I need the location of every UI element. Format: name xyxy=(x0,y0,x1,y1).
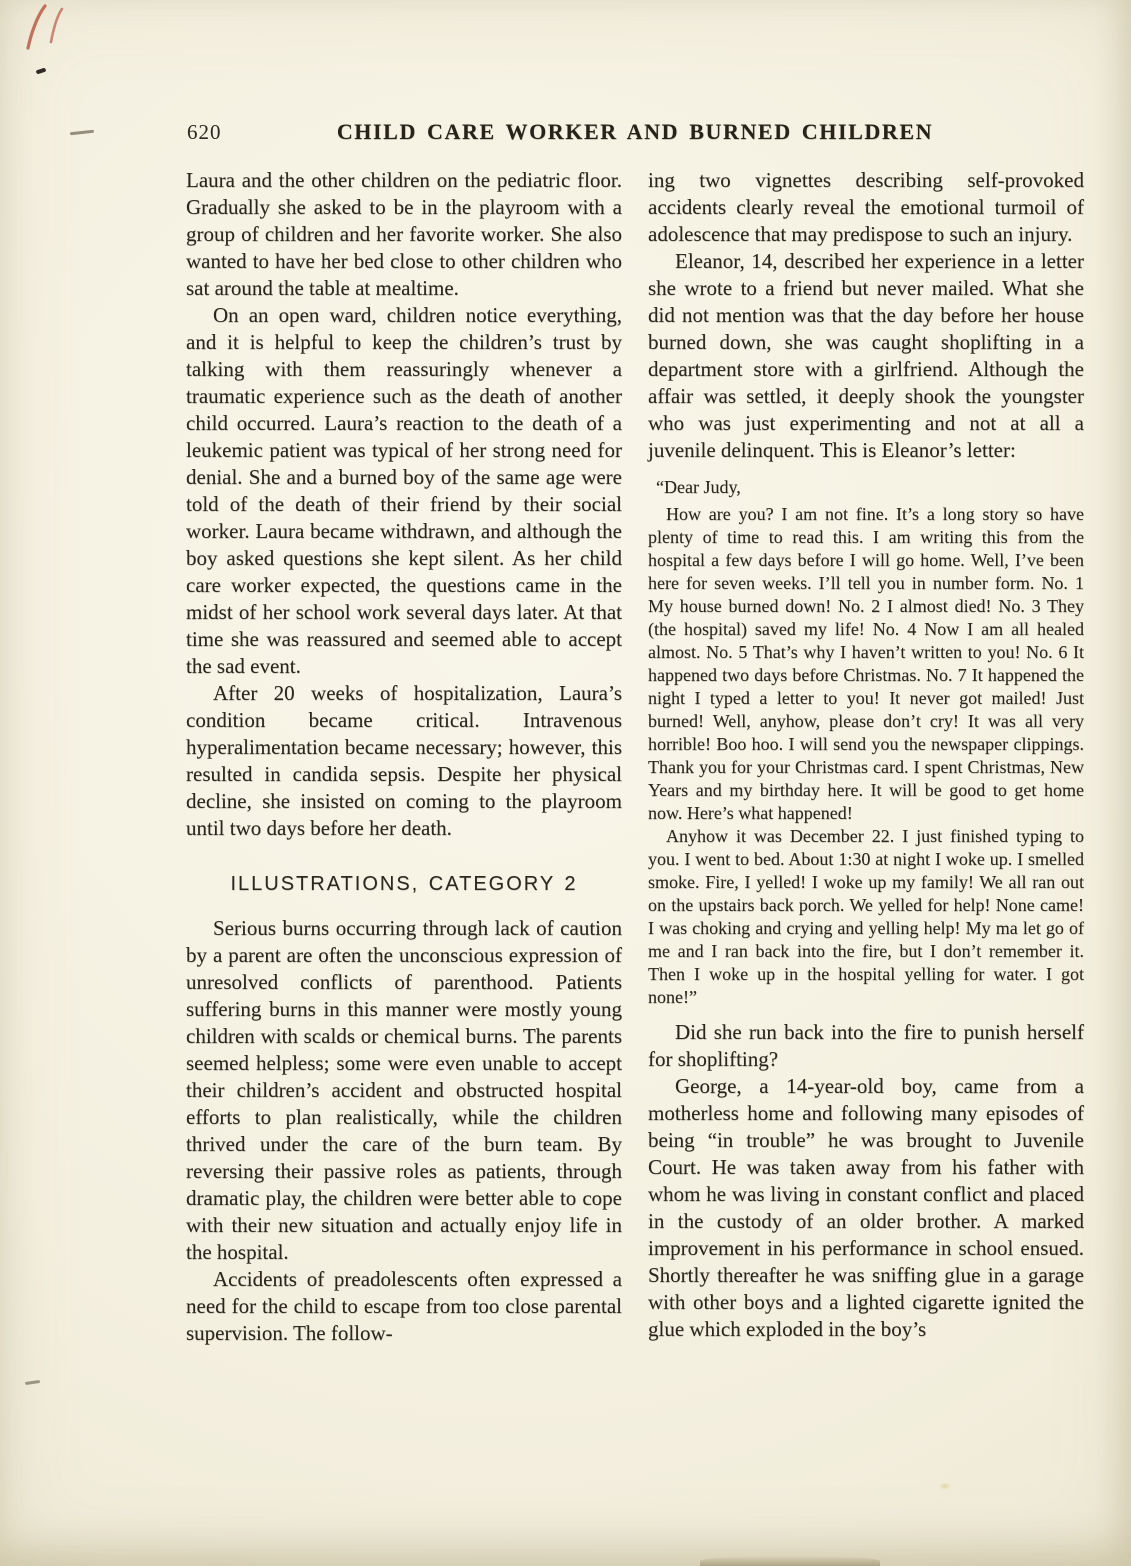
letter-paragraph-2: Anyhow it was December 22. I just finish… xyxy=(648,825,1084,1009)
red-pen-scribble xyxy=(20,2,68,52)
paragraph-punish-question: Did she run back into the fire to punish… xyxy=(648,1019,1084,1073)
scan-edge-shadow xyxy=(700,1556,880,1566)
paragraph-serious-burns: Serious burns occurring through lack of … xyxy=(186,915,622,1266)
two-column-text-body: Laura and the other children on the pedi… xyxy=(186,167,1084,1347)
ink-speck xyxy=(36,68,47,75)
paragraph-laura-continuation: Laura and the other children on the pedi… xyxy=(186,167,622,302)
eleanor-letter-block: “Dear Judy, How are you? I am not fine. … xyxy=(648,476,1084,1009)
margin-dash-mark xyxy=(25,1380,40,1385)
paragraph-hospitalization: After 20 weeks of hospitalization, Laura… xyxy=(186,680,622,842)
paragraph-preadolescents: Accidents of preadolescents often expres… xyxy=(186,1266,622,1347)
section-heading-illustrations-category-2: ILLUSTRATIONS, CATEGORY 2 xyxy=(186,873,622,896)
letter-salutation: “Dear Judy, xyxy=(648,476,1084,499)
paragraph-vignettes-continuation: ing two vignettes describing self-provok… xyxy=(648,167,1084,248)
letter-paragraph-1: How are you? I am not fine. It’s a long … xyxy=(648,503,1084,825)
running-head: CHILD CARE WORKER AND BURNED CHILDREN xyxy=(186,119,1084,145)
pencil-dash-mark xyxy=(70,130,94,135)
scanned-book-page: 620 CHILD CARE WORKER AND BURNED CHILDRE… xyxy=(0,0,1131,1566)
left-column: Laura and the other children on the pedi… xyxy=(186,167,622,1347)
right-column: ing two vignettes describing self-provok… xyxy=(648,167,1084,1347)
paragraph-eleanor-intro: Eleanor, 14, described her experience in… xyxy=(648,248,1084,464)
paragraph-george: George, a 14-year-old boy, came from a m… xyxy=(648,1073,1084,1343)
paper-stain xyxy=(939,1482,951,1490)
paragraph-open-ward: On an open ward, children notice everyth… xyxy=(186,302,622,680)
